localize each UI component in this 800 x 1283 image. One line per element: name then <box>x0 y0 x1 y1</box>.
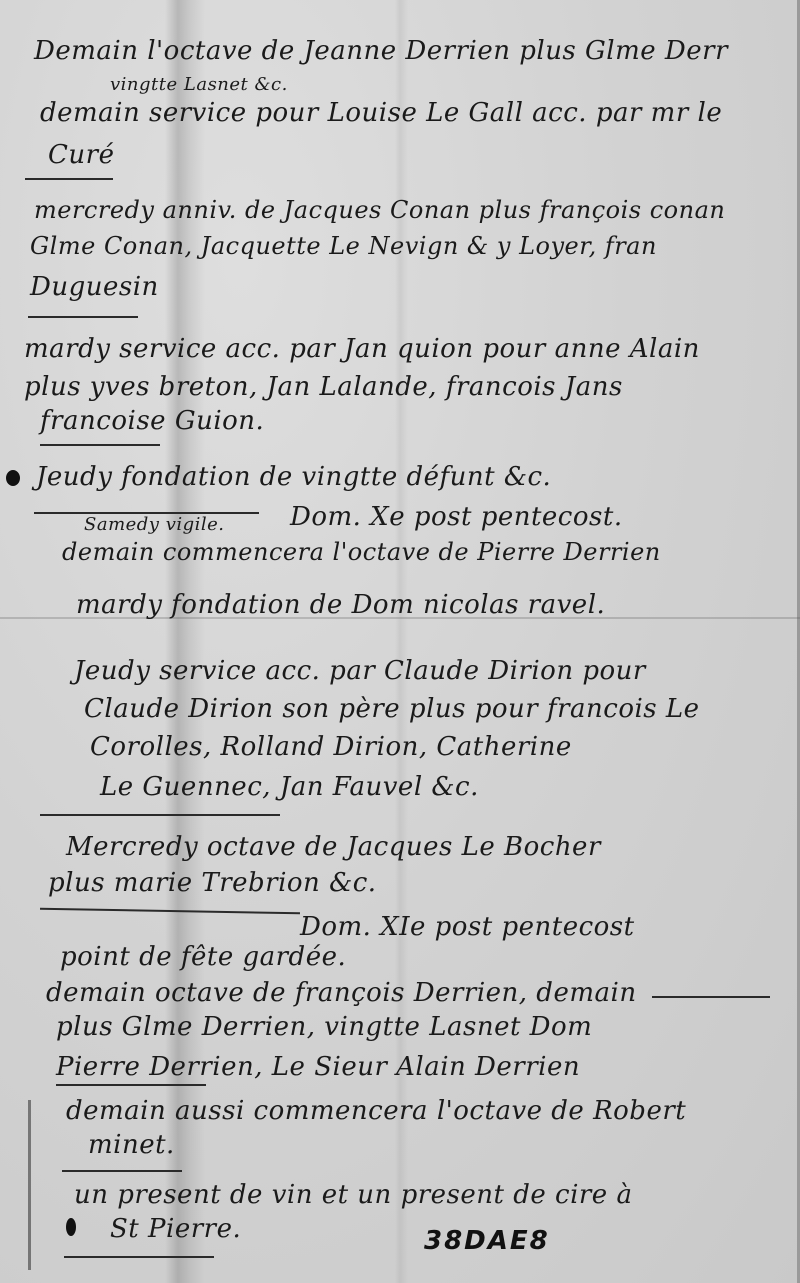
entry-divider <box>40 444 160 446</box>
entry-3-line-1: mardy service acc. par Jan quion pour an… <box>24 334 700 364</box>
page-margin-mark <box>28 1100 31 1270</box>
entry-8-line-2: demain octave de françois Derrien, demai… <box>46 978 637 1008</box>
entry-5-line-1: mardy fondation de Dom nicolas ravel. <box>76 590 605 620</box>
entry-10-line-2: St Pierre. <box>110 1214 241 1244</box>
entry-4-line-3: Dom. Xe post pentecost. <box>290 502 623 532</box>
entry-6-line-3: Corolles, Rolland Dirion, Catherine <box>90 732 572 762</box>
entry-1-line-2: vingtte Lasnet &c. <box>110 74 288 95</box>
strikethrough-mark <box>652 996 770 998</box>
entry-2-line-1: mercredy anniv. de Jacques Conan plus fr… <box>34 196 725 224</box>
entry-9-line-1: demain aussi commencera l'octave de Robe… <box>66 1096 686 1126</box>
entry-3-line-3: francoise Guion. <box>40 406 264 436</box>
entry-3-line-2: plus yves breton, Jan Lalande, francois … <box>24 372 623 402</box>
entry-9-line-2: minet. <box>88 1130 175 1160</box>
entry-1-line-4: Curé <box>48 140 114 170</box>
entry-6-line-1: Jeudy service acc. par Claude Dirion pou… <box>74 656 646 686</box>
manuscript-page: Demain l'octave de Jeanne Derrien plus G… <box>0 0 800 1283</box>
entry-8-line-1: point de fête gardée. <box>60 942 346 972</box>
entry-8-line-3: plus Glme Derrien, vingtte Lasnet Dom <box>56 1012 592 1042</box>
entry-8-line-4: Pierre Derrien, Le Sieur Alain Derrien <box>56 1052 580 1082</box>
entry-2-line-2: Glme Conan, Jacquette Le Nevign & y Loye… <box>30 232 657 260</box>
entry-divider <box>62 1170 182 1172</box>
entry-7-line-2: plus marie Trebrion &c. <box>48 868 377 898</box>
entry-1-line-3: demain service pour Louise Le Gall acc. … <box>40 98 722 128</box>
entry-4-line-2: Samedy vigile. <box>84 514 225 535</box>
entry-divider <box>40 908 300 915</box>
archive-number-stamp: 38DAE8 <box>424 1226 550 1256</box>
entry-10-line-1: un present de vin et un present de cire … <box>74 1180 632 1210</box>
entry-7-line-3: Dom. XIe post pentecost <box>300 912 635 942</box>
entry-6-line-4: Le Guennec, Jan Fauvel &c. <box>100 772 479 802</box>
entry-1-line-1: Demain l'octave de Jeanne Derrien plus G… <box>34 36 728 66</box>
entry-4-line-1: Jeudy fondation de vingtte défunt &c. <box>36 462 551 492</box>
entry-divider <box>28 316 138 318</box>
entry-divider <box>64 1256 214 1258</box>
ink-blot <box>6 470 20 486</box>
entry-2-line-3: Duguesin <box>30 272 159 302</box>
entry-divider <box>25 178 113 180</box>
ink-blot <box>66 1218 76 1236</box>
entry-7-line-1: Mercredy octave de Jacques Le Bocher <box>66 832 601 862</box>
entry-6-line-2: Claude Dirion son père plus pour francoi… <box>84 694 700 724</box>
entry-divider <box>56 1084 206 1086</box>
entry-4-line-4: demain commencera l'octave de Pierre Der… <box>62 538 661 566</box>
entry-divider <box>40 814 280 816</box>
